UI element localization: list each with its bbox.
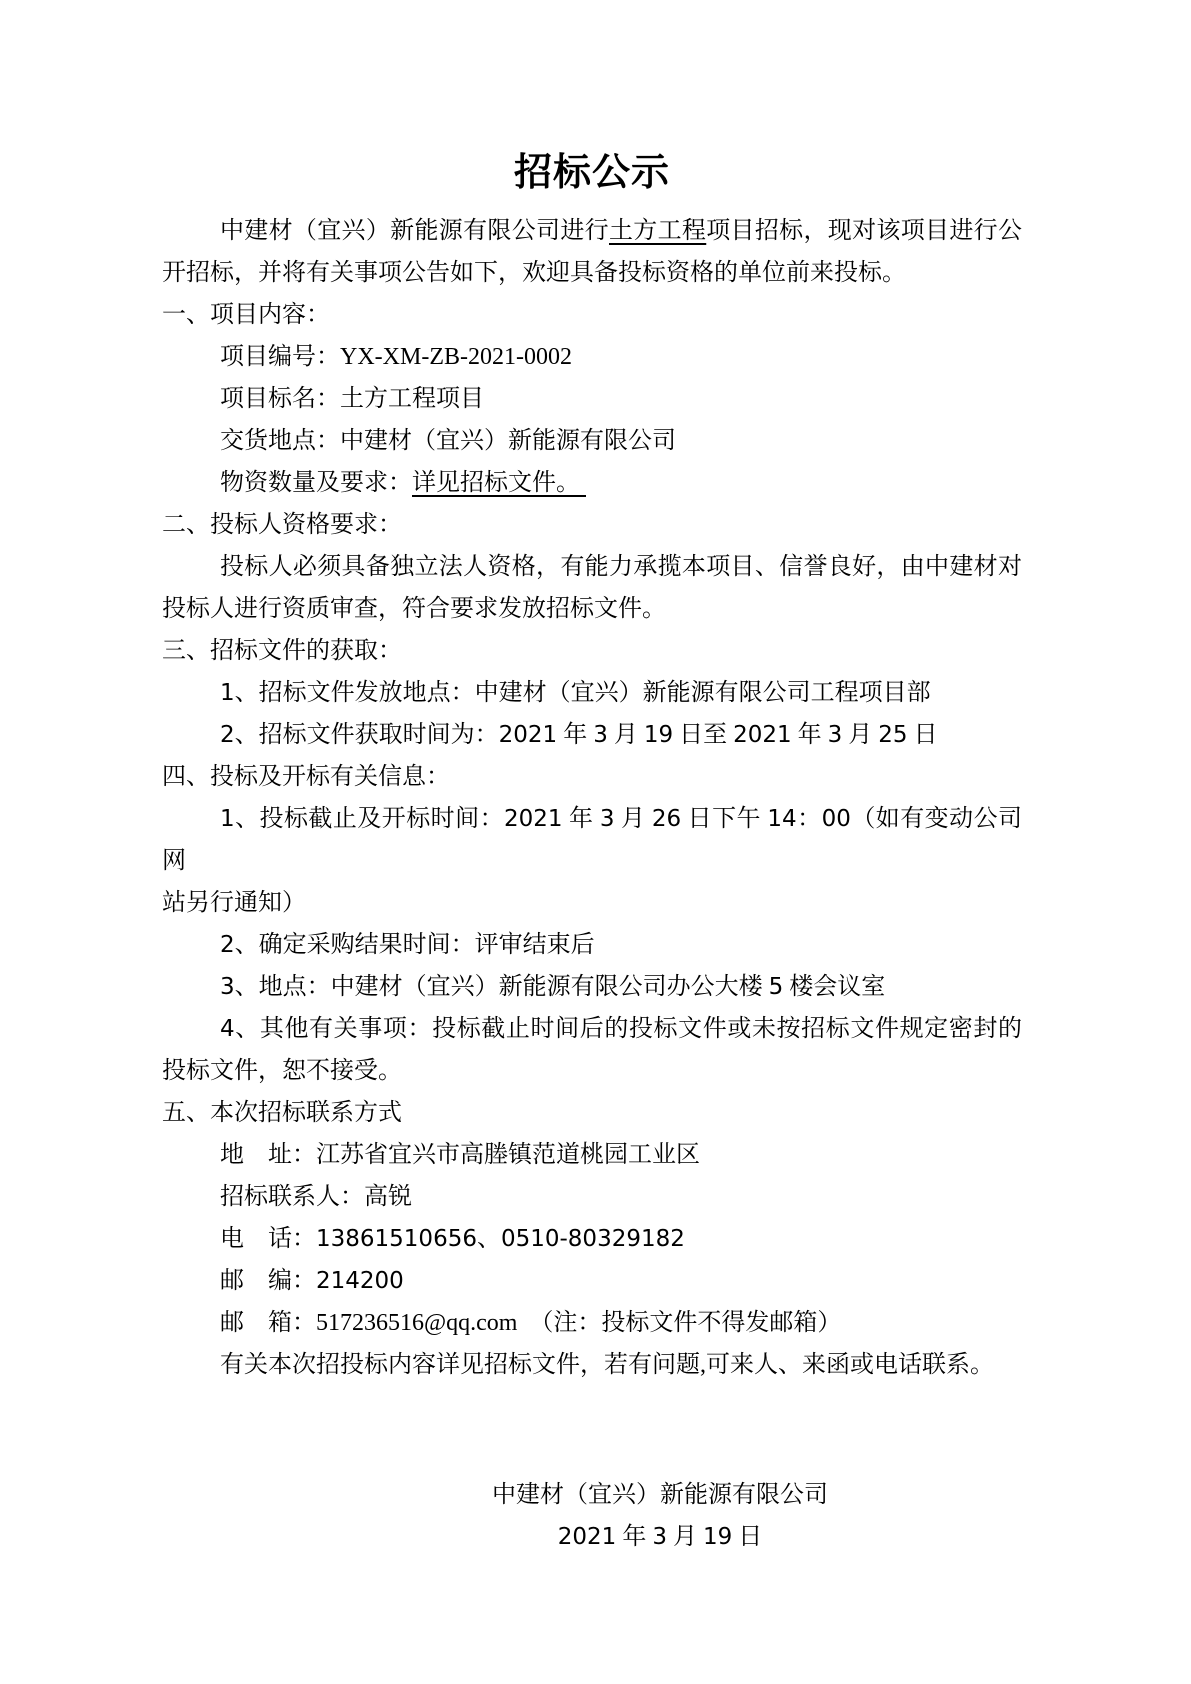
document-title: 招标公示 (162, 144, 1022, 200)
text-segment: 、招标文件发放地点：中建材（宜兴）新能源有限公司工程项目部 (235, 680, 931, 706)
text-segment: 日下午 (681, 806, 767, 832)
text-segment: 2021 (558, 1524, 617, 1550)
text-segment: 日 (908, 722, 938, 748)
text-segment: 楼会议室 (783, 974, 885, 1000)
text-segment: 、确定采购结果时间：评审结束后 (235, 932, 595, 958)
document-line: 一、项目内容： (162, 294, 1022, 336)
text-segment: 年 (557, 722, 593, 748)
text-segment: 26 (652, 806, 681, 832)
document-line: 2、招标文件获取时间为：2021 年 3 月 19 日至 2021 年 3 月 … (162, 714, 1022, 756)
text-segment: 14 (767, 806, 796, 832)
text-segment: 土方工程 (609, 218, 706, 244)
text-segment: 3 (600, 806, 615, 832)
text-segment: 3 (652, 1524, 667, 1550)
document-line: 四、投标及开标有关信息： (162, 756, 1022, 798)
text-segment: 1 (220, 680, 235, 706)
text-segment: 3 (828, 722, 843, 748)
text-segment: 年 (563, 806, 600, 832)
text-segment: 月 (842, 722, 878, 748)
text-segment: 物资数量及要求： (220, 470, 412, 496)
text-segment: 中建材（宜兴）新能源有限公司 (492, 1482, 828, 1508)
signature-line: 2021 年 3 月 19 日 (450, 1516, 870, 1558)
text-segment: 项目招标，现对该项目进行公 (706, 218, 1022, 244)
signature-block: 中建材（宜兴）新能源有限公司2021 年 3 月 19 日 (450, 1474, 870, 1558)
document-line: 站另行通知） (162, 882, 1022, 924)
text-segment: 4 (220, 1016, 235, 1042)
document-line: 电 话：13861510656、0510-80329182 (162, 1218, 1022, 1260)
document-line: 项目编号：YX-XM-ZB-2021-0002 (162, 336, 1022, 378)
text-segment: 214200 (316, 1268, 404, 1294)
text-segment: 、地点：中建材（宜兴）新能源有限公司办公大楼 (235, 974, 769, 1000)
text-segment: 日至 (673, 722, 733, 748)
text-segment: 2021 (499, 722, 558, 748)
text-segment: 开招标，并将有关事项公告如下，欢迎具备投标资格的单位前来投标。 (162, 260, 906, 286)
text-segment: 00 (822, 806, 851, 832)
text-segment: 19 (703, 1524, 732, 1550)
text-segment: 项目标名：土方工程项目 (220, 386, 484, 412)
document-line: 二、投标人资格要求： (162, 504, 1022, 546)
text-segment: 交货地点：中建材（宜兴）新能源有限公司 (220, 428, 676, 454)
text-segment: 2 (220, 932, 235, 958)
text-segment: 25 (878, 722, 907, 748)
text-segment: 五、本次招标联系方式 (162, 1100, 402, 1126)
text-segment: 电 话： (220, 1226, 316, 1252)
text-segment: 0510-80329182 (501, 1226, 685, 1252)
text-segment: 招标联系人：高锐 (220, 1184, 412, 1210)
text-segment: 、招标文件获取时间为： (235, 722, 499, 748)
document-line: 有关本次招投标内容详见招标文件，若有问题,可来人、来函或电话联系。 (162, 1344, 1022, 1386)
document-line: 4、其他有关事项：投标截止时间后的投标文件或未按招标文件规定密封的 (162, 1008, 1022, 1050)
text-segment: 二、投标人资格要求： (162, 512, 402, 538)
document-page: 招标公示 中建材（宜兴）新能源有限公司进行土方工程项目招标，现对该项目进行公开招… (0, 0, 1191, 1684)
text-segment: 3 (220, 974, 235, 1000)
text-segment: 站另行通知） (162, 890, 306, 916)
document-line: 交货地点：中建材（宜兴）新能源有限公司 (162, 420, 1022, 462)
text-segment: 517236516@qq.com (316, 1310, 517, 1336)
text-segment: （注：投标文件不得发邮箱） (517, 1310, 841, 1336)
text-segment: 邮 箱： (220, 1310, 316, 1336)
text-segment: 年 (792, 722, 828, 748)
text-segment: 5 (769, 974, 784, 1000)
document-line: 中建材（宜兴）新能源有限公司进行土方工程项目招标，现对该项目进行公 (162, 210, 1022, 252)
document-body: 中建材（宜兴）新能源有限公司进行土方工程项目招标，现对该项目进行公开招标，并将有… (162, 210, 1022, 1386)
text-segment: 有关本次招投标内容详见招标文件，若有问题,可来人、来函或电话联系。 (220, 1352, 994, 1378)
text-segment: 13861510656 (316, 1226, 477, 1252)
text-segment: 、投标截止及开标时间： (235, 806, 504, 832)
text-segment: 年 (616, 1524, 652, 1550)
document-line: 2、确定采购结果时间：评审结束后 (162, 924, 1022, 966)
text-segment: 日 (732, 1524, 762, 1550)
text-segment: 1 (220, 806, 235, 832)
document-line: 开招标，并将有关事项公告如下，欢迎具备投标资格的单位前来投标。 (162, 252, 1022, 294)
text-segment: 投标人进行资质审查，符合要求发放招标文件。 (162, 596, 666, 622)
document-line: 投标人必须具备独立法人资格，有能力承揽本项目、信誉良好，由中建材对 (162, 546, 1022, 588)
text-segment: 2 (220, 722, 235, 748)
text-segment: 四、投标及开标有关信息： (162, 764, 450, 790)
text-segment: 月 (615, 806, 652, 832)
text-segment: 一、项目内容： (162, 302, 330, 328)
text-segment: 2021 (504, 806, 563, 832)
text-segment: 项目编号：YX-XM-ZB-2021-0002 (220, 344, 572, 370)
text-segment: 中建材（宜兴）新能源有限公司进行 (220, 218, 609, 244)
document-line: 物资数量及要求：详见招标文件。 (162, 462, 1022, 504)
text-segment: 3 (593, 722, 608, 748)
text-segment: 月 (667, 1524, 703, 1550)
text-segment: ： (797, 806, 822, 832)
text-segment: 投标文件，恕不接受。 (162, 1058, 402, 1084)
text-segment: 月 (608, 722, 644, 748)
text-segment: 详见招标文件。 (412, 470, 586, 496)
document-line: 邮 编：214200 (162, 1260, 1022, 1302)
text-segment: 19 (644, 722, 673, 748)
document-line: 邮 箱：517236516@qq.com （注：投标文件不得发邮箱） (162, 1302, 1022, 1344)
signature-line: 中建材（宜兴）新能源有限公司 (450, 1474, 870, 1516)
document-line: 投标文件，恕不接受。 (162, 1050, 1022, 1092)
document-line: 招标联系人：高锐 (162, 1176, 1022, 1218)
text-segment: 、 (477, 1226, 501, 1252)
document-line: 三、招标文件的获取： (162, 630, 1022, 672)
text-segment: 邮 编： (220, 1268, 316, 1294)
document-line: 1、招标文件发放地点：中建材（宜兴）新能源有限公司工程项目部 (162, 672, 1022, 714)
document-line: 五、本次招标联系方式 (162, 1092, 1022, 1134)
text-segment: 三、招标文件的获取： (162, 638, 402, 664)
document-line: 3、地点：中建材（宜兴）新能源有限公司办公大楼 5 楼会议室 (162, 966, 1022, 1008)
text-segment: 2021 (733, 722, 792, 748)
document-line: 项目标名：土方工程项目 (162, 378, 1022, 420)
text-segment: 投标人必须具备独立法人资格，有能力承揽本项目、信誉良好，由中建材对 (220, 554, 1022, 580)
document-line: 地 址：江苏省宜兴市高塍镇范道桃园工业区 (162, 1134, 1022, 1176)
text-segment: 地 址：江苏省宜兴市高塍镇范道桃园工业区 (220, 1142, 700, 1168)
document-line: 投标人进行资质审查，符合要求发放招标文件。 (162, 588, 1022, 630)
document-line: 1、投标截止及开标时间：2021 年 3 月 26 日下午 14：00（如有变动… (162, 798, 1022, 882)
text-segment: 、其他有关事项：投标截止时间后的投标文件或未按招标文件规定密封的 (235, 1016, 1022, 1042)
